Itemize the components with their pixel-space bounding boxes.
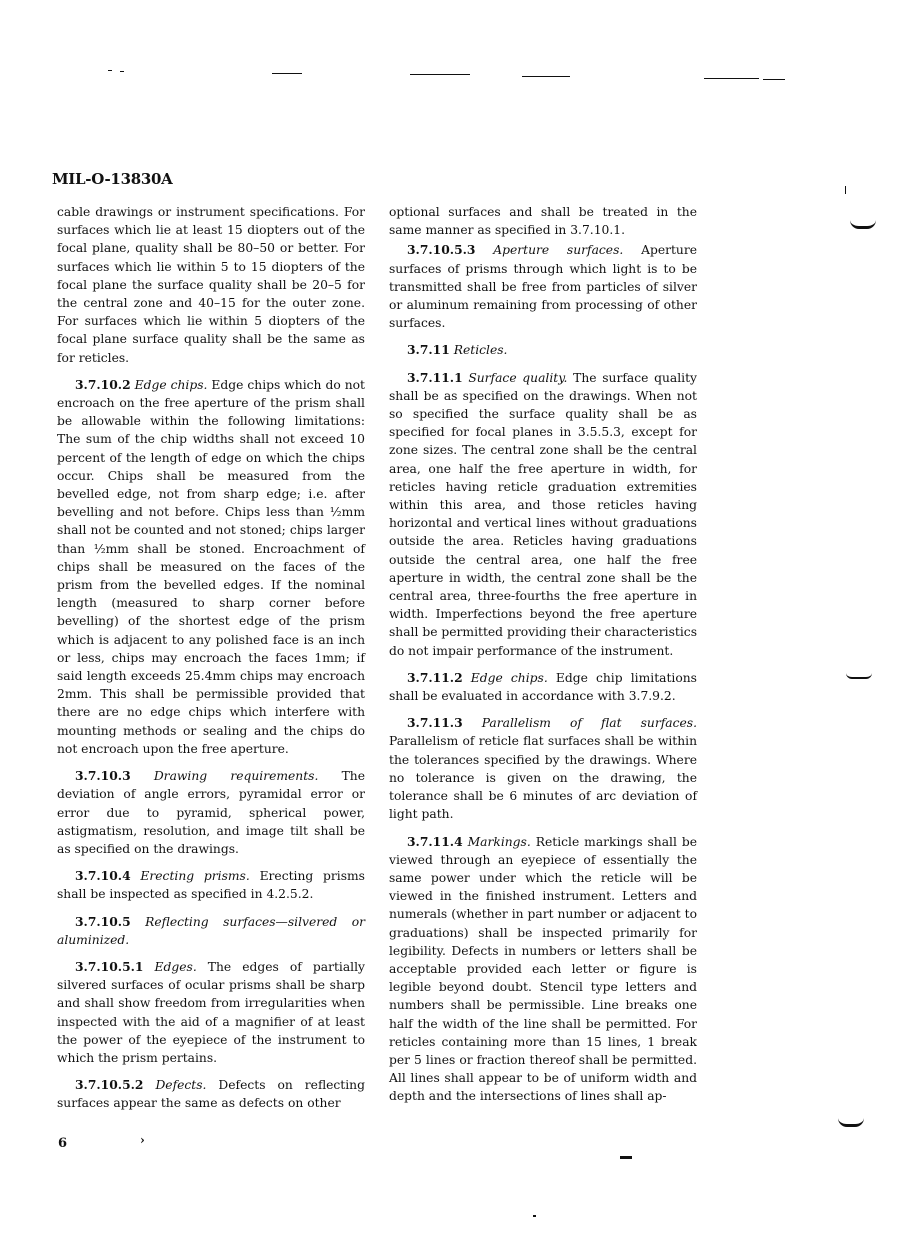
paragraph: cable drawings or instrument specificati… bbox=[57, 203, 365, 367]
binding-mark bbox=[838, 1118, 864, 1127]
scan-artifact bbox=[533, 1215, 536, 1217]
section-number: 3.7.10.5 bbox=[75, 914, 131, 929]
paragraph-text: Parallelism of reticle flat surfaces sha… bbox=[389, 734, 697, 821]
section-title: Parallelism of flat surfaces. bbox=[482, 716, 697, 730]
paragraph: optional surfaces and shall be treated i… bbox=[389, 203, 697, 239]
paragraph-text: The surface quality shall be as specifie… bbox=[389, 371, 697, 658]
section-3-7-10-5: 3.7.10.5 Reflecting surfaces—silvered or… bbox=[57, 913, 365, 949]
scan-artifact bbox=[845, 186, 846, 194]
page-number: 6 bbox=[58, 1136, 67, 1151]
section-number: 3.7.11.2 bbox=[407, 670, 463, 685]
scan-artifact bbox=[410, 74, 470, 75]
section-title: Markings. bbox=[468, 835, 531, 849]
scan-artifact bbox=[120, 71, 124, 72]
section-title: Aperture surfaces. bbox=[493, 243, 623, 257]
paragraph-text: Edge chips which do not encroach on the … bbox=[57, 378, 365, 756]
section-title: Edge chips. bbox=[135, 378, 208, 392]
scan-artifact: › bbox=[140, 1133, 145, 1147]
scan-artifact bbox=[704, 78, 759, 79]
scan-artifact bbox=[522, 76, 570, 77]
section-title: Defects. bbox=[155, 1078, 206, 1092]
section-3-7-10-2: 3.7.10.2 Edge chips. Edge chips which do… bbox=[57, 376, 365, 758]
section-3-7-10-5-3: 3.7.10.5.3 Aperture surfaces. Aperture s… bbox=[389, 241, 697, 332]
binding-mark bbox=[850, 220, 876, 229]
section-number: 3.7.11.1 bbox=[407, 370, 463, 385]
section-number: 3.7.11 bbox=[407, 342, 450, 357]
section-3-7-10-5-2: 3.7.10.5.2 Defects. Defects on reflectin… bbox=[57, 1076, 365, 1112]
section-number: 3.7.10.3 bbox=[75, 768, 131, 783]
section-number: 3.7.11.4 bbox=[407, 834, 463, 849]
section-title: Edge chips. bbox=[471, 671, 548, 685]
section-3-7-10-3: 3.7.10.3 Drawing requirements. The devia… bbox=[57, 767, 365, 858]
section-title: Erecting prisms. bbox=[140, 869, 249, 883]
section-3-7-11-3: 3.7.11.3 Parallelism of flat surfaces. P… bbox=[389, 714, 697, 823]
scan-artifact bbox=[620, 1156, 632, 1159]
right-column: optional surfaces and shall be treated i… bbox=[389, 203, 697, 1115]
section-number: 3.7.10.5.3 bbox=[407, 242, 475, 257]
section-number: 3.7.10.2 bbox=[75, 377, 131, 392]
section-title: Drawing requirements. bbox=[154, 769, 319, 783]
section-number: 3.7.10.5.2 bbox=[75, 1077, 143, 1092]
paragraph-text: Reticle markings shall be viewed through… bbox=[389, 835, 697, 1104]
section-3-7-10-5-1: 3.7.10.5.1 Edges. The edges of partially… bbox=[57, 958, 365, 1067]
left-column: cable drawings or instrument specificati… bbox=[57, 203, 365, 1122]
section-3-7-10-4: 3.7.10.4 Erecting prisms. Erecting prism… bbox=[57, 867, 365, 903]
paragraph-text: cable drawings or instrument specificati… bbox=[57, 205, 365, 365]
section-3-7-11: 3.7.11 Reticles. bbox=[389, 341, 697, 359]
scan-artifact bbox=[272, 73, 302, 74]
section-title: Reticles. bbox=[454, 343, 508, 357]
section-3-7-11-4: 3.7.11.4 Markings. Reticle markings shal… bbox=[389, 833, 697, 1106]
paragraph-text: The edges of partially silvered surfaces… bbox=[57, 960, 365, 1065]
section-3-7-11-1: 3.7.11.1 Surface quality. The surface qu… bbox=[389, 369, 697, 660]
scan-artifact bbox=[763, 79, 785, 80]
section-3-7-11-2: 3.7.11.2 Edge chips. Edge chip limitatio… bbox=[389, 669, 697, 705]
section-number: 3.7.10.4 bbox=[75, 868, 131, 883]
section-title: Edges. bbox=[155, 960, 197, 974]
section-number: 3.7.10.5.1 bbox=[75, 959, 143, 974]
document-id: MIL-O-13830A bbox=[52, 170, 172, 188]
section-title: Surface quality. bbox=[468, 371, 567, 385]
scan-artifact bbox=[108, 70, 112, 71]
binding-mark bbox=[846, 673, 872, 679]
section-number: 3.7.11.3 bbox=[407, 715, 463, 730]
paragraph-text: optional surfaces and shall be treated i… bbox=[389, 205, 697, 237]
